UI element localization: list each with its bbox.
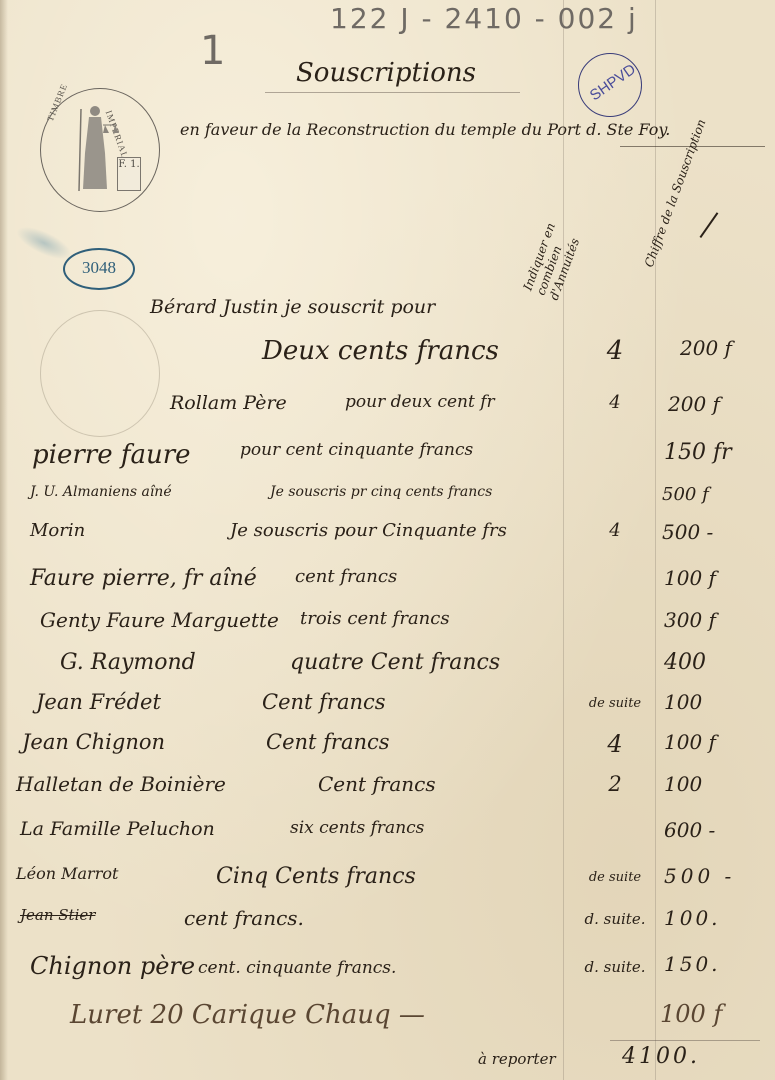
entry-annuites: d. suite. <box>580 958 650 976</box>
entry-amount: 100 <box>664 690 702 714</box>
entry-amount: 300 f <box>664 608 716 632</box>
entry-description: Je souscris pr cinq cents francs <box>270 484 492 500</box>
entry-row: pierre faure pour cent cinquante francs … <box>0 440 775 476</box>
entry-description: pour deux cent fr <box>345 392 495 412</box>
entry-amount: 200 f <box>668 392 720 416</box>
entry-name: Genty Faure Marguette <box>40 608 279 632</box>
entry-description: cent francs. <box>184 906 304 930</box>
folio-mark: 1 <box>200 28 227 74</box>
entry-name: G. Raymond <box>60 650 196 675</box>
final-entry-amount: 100 f <box>660 1000 722 1028</box>
stamp-denomination: F. 1. <box>117 157 141 191</box>
entry-description: Je souscris pour Cinquante frs <box>230 520 507 541</box>
entry-amount: 200 f <box>680 336 732 360</box>
entry-row: Deux cents francs 4 200 f <box>0 336 775 372</box>
document-page: 122 J - 2410 - 002 j 1 Souscriptions en … <box>0 0 775 1080</box>
entry-amount: 150 fr <box>664 440 732 465</box>
entry-amount: 500 - <box>662 520 713 544</box>
entry-description: quatre Cent francs <box>290 650 500 675</box>
entry-amount: 400 <box>664 650 706 675</box>
entry-row: Bérard Justin je souscrit pour <box>0 296 775 332</box>
entry-amount: 100. <box>664 906 721 930</box>
entry-row: J. U. Almaniens aîné Je souscris pr cinq… <box>0 484 775 520</box>
entry-amount: 500 f <box>662 484 709 505</box>
page-title: Souscriptions <box>296 58 476 88</box>
entry-annuites: d. suite. <box>580 910 650 928</box>
entry-annuites: 4 <box>580 730 650 758</box>
entry-row: Jean Stier cent francs. d. suite. 100. <box>0 906 775 942</box>
entry-row: Halletan de Boinière Cent francs 2 100 <box>0 772 775 808</box>
entry-annuites: de suite <box>580 696 650 711</box>
entry-row: Jean Chignon Cent francs 4 100 f <box>0 730 775 766</box>
shpvd-stamp: SHPVD <box>578 53 642 117</box>
entry-amount: 100 f <box>664 730 716 754</box>
entry-row: Faure pierre, fr aîné cent francs 100 f <box>0 566 775 602</box>
entry-description: Deux cents francs <box>262 336 499 366</box>
entry-amount: 100 f <box>664 566 716 590</box>
entry-row: Chignon père cent. cinquante francs. d. … <box>0 952 775 988</box>
entry-name: Bérard Justin je souscrit pour <box>150 296 435 318</box>
entry-row: Rollam Père pour deux cent fr 4 200 f <box>0 392 775 428</box>
entry-name: Morin <box>30 520 85 541</box>
entry-description: Cent francs <box>266 730 390 754</box>
imperial-stamp: TIMBRE IMPERIAL F. 1. <box>40 88 160 212</box>
column-header-annuites: Indiquer en combien d'Annuités <box>521 175 602 302</box>
entry-annuites: 4 <box>580 520 650 541</box>
entry-row: La Famille Peluchon six cents francs 600… <box>0 818 775 854</box>
entry-amount: 100 <box>664 772 702 796</box>
entry-description: Cent francs <box>262 690 386 714</box>
entry-description: Cent francs <box>318 772 436 796</box>
entry-annuites: 4 <box>580 392 650 413</box>
entry-description: pour cent cinquante francs <box>240 440 473 460</box>
stamp-text-left: TIMBRE <box>45 82 69 123</box>
entry-description: Cinq Cents francs <box>216 864 416 889</box>
entry-name: Jean Frédet <box>36 690 161 714</box>
entry-row: Genty Faure Marguette trois cent francs … <box>0 608 775 644</box>
page-subtitle: en faveur de la Reconstruction du temple… <box>180 120 670 139</box>
number-stamp: 3048 <box>63 248 135 290</box>
entry-row: G. Raymond quatre Cent francs 400 <box>0 650 775 686</box>
carry-forward-amount: 4100. <box>622 1044 700 1069</box>
entry-amount: 600 - <box>664 818 715 842</box>
archive-reference: 122 J - 2410 - 002 j <box>330 2 638 35</box>
entry-description: cent. cinquante francs. <box>198 958 396 978</box>
entry-name: Léon Marrot <box>16 864 118 883</box>
entry-row: Léon Marrot Cinq Cents francs de suite 5… <box>0 864 775 900</box>
entry-amount: 500 - <box>664 864 735 888</box>
header-dash-mark <box>700 212 718 237</box>
entry-name: Rollam Père <box>170 392 287 414</box>
entry-description: six cents francs <box>290 818 424 838</box>
entry-name: La Famille Peluchon <box>20 818 215 840</box>
title-underline <box>265 92 520 93</box>
entry-name-struck: Jean Stier <box>20 906 95 924</box>
entry-annuites: de suite <box>580 870 650 885</box>
entry-name: Chignon père <box>30 952 195 980</box>
total-underline <box>610 1040 760 1041</box>
entry-name: Jean Chignon <box>22 730 165 754</box>
entry-name: Halletan de Boinière <box>16 772 226 796</box>
entry-annuites: 2 <box>580 772 650 796</box>
entry-row-final: Luret 20 Carique Chauq — 100 f <box>0 1000 775 1036</box>
entry-annuites: 4 <box>580 336 650 366</box>
entry-name: Faure pierre, fr aîné <box>30 566 257 591</box>
entry-row: Morin Je souscris pour Cinquante frs 4 5… <box>0 520 775 556</box>
carry-forward-label: à reporter <box>478 1050 556 1068</box>
entry-row: Jean Frédet Cent francs de suite 100 <box>0 690 775 726</box>
entry-name: pierre faure <box>32 440 191 470</box>
entry-name: J. U. Almaniens aîné <box>30 484 172 500</box>
entry-description: trois cent francs <box>300 608 450 629</box>
entry-amount: 150. <box>664 952 721 976</box>
justice-figure-icon <box>71 103 121 195</box>
entry-description: cent francs <box>295 566 397 587</box>
final-entry-text: Luret 20 Carique Chauq — <box>70 1000 425 1030</box>
column-header-chiffre: Chiffre de la Souscription <box>642 117 709 269</box>
shpvd-stamp-text: SHPVD <box>587 61 639 105</box>
